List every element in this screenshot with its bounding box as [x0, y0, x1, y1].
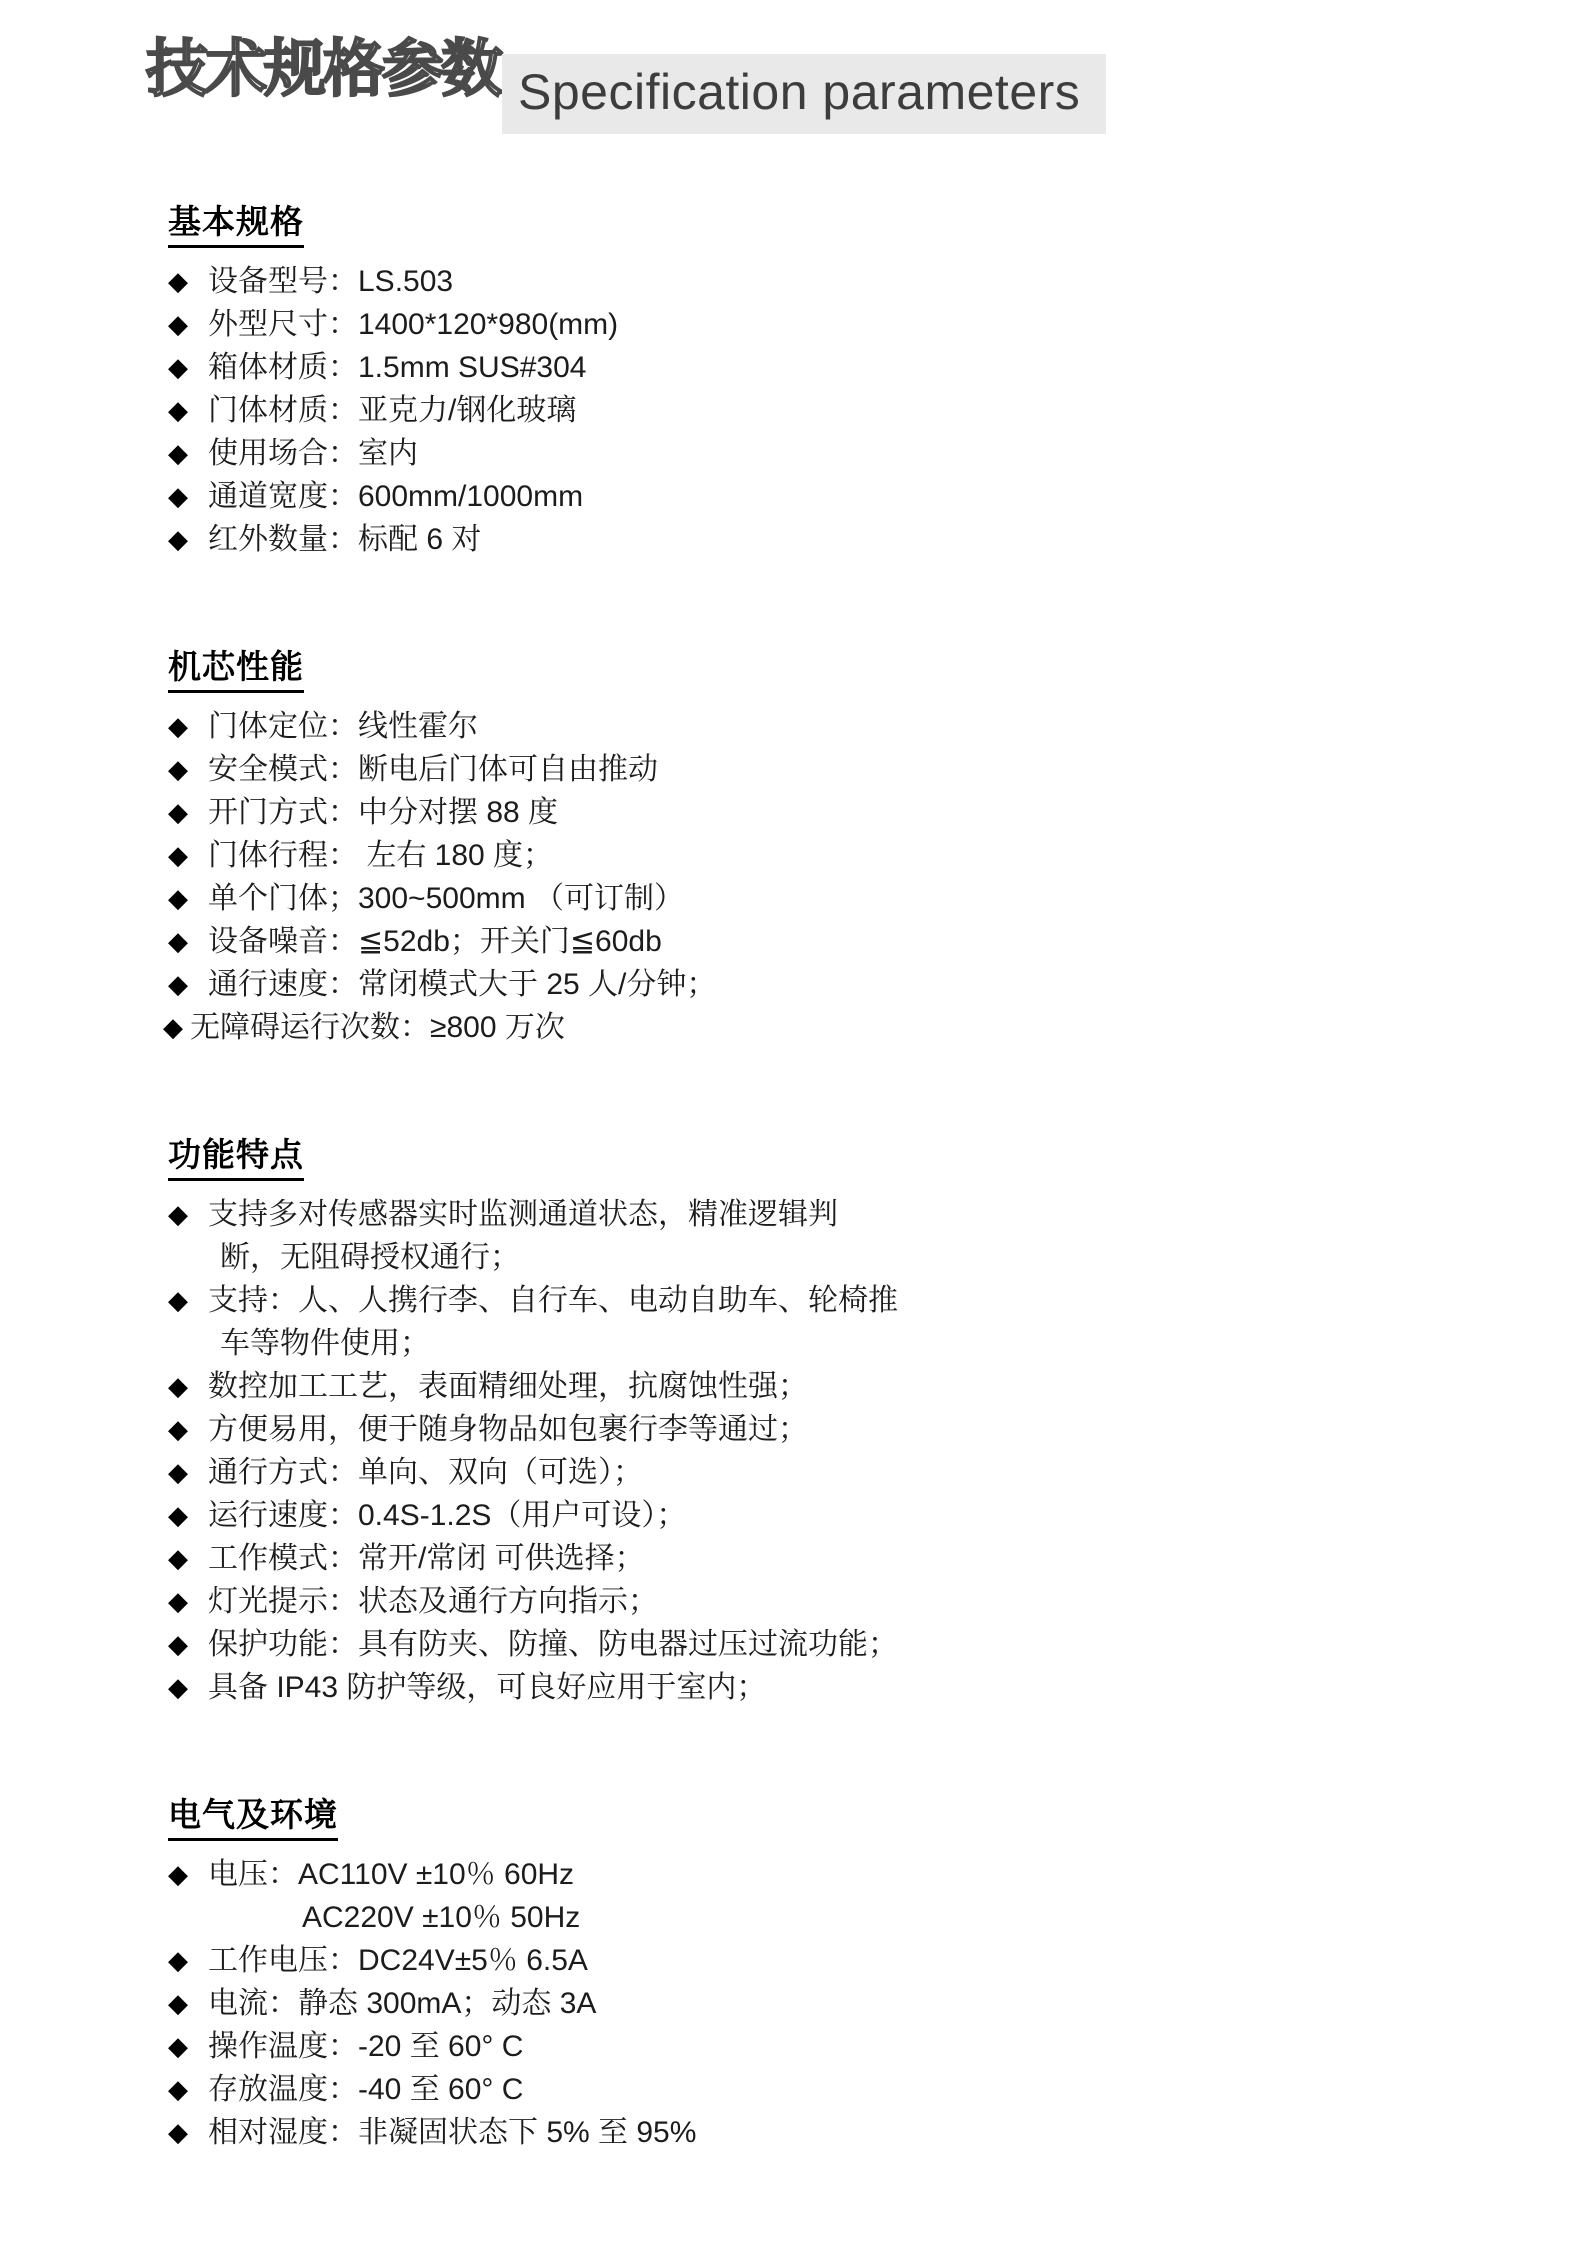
section: 功能特点 ◆ 支持多对传感器实时监测通道状态，精准逻辑判断，无阻碍授权通行； ◆…: [168, 1129, 1168, 1709]
spec-item-lines: 工作模式：常开/常闭 可供选择；: [208, 1537, 1168, 1580]
spec-item-line: 数控加工工艺，表面精细处理，抗腐蚀性强；: [208, 1365, 1168, 1408]
spec-item: ◆ 外型尺寸：1400*120*980(mm): [168, 303, 1168, 346]
spec-item: ◆ 支持：人、人携行李、自行车、电动自助车、轮椅推车等物件使用；: [168, 1279, 1168, 1365]
diamond-bullet-icon: ◆: [168, 389, 196, 432]
spec-item-line: 存放温度：-40 至 60° C: [208, 2068, 1168, 2111]
spec-item-line: 红外数量：标配 6 对: [208, 518, 1168, 561]
spec-item-lines: 设备型号：LS.503: [208, 260, 1168, 303]
diamond-bullet-icon: ◆: [168, 1537, 196, 1580]
spec-item-line: 支持：人、人携行李、自行车、电动自助车、轮椅推: [208, 1279, 1168, 1322]
spec-item-lines: 数控加工工艺，表面精细处理，抗腐蚀性强；: [208, 1365, 1168, 1408]
diamond-bullet-icon: ◆: [168, 2111, 196, 2154]
spec-item: ◆ 保护功能：具有防夹、防撞、防电器过压过流功能；: [168, 1623, 1168, 1666]
diamond-bullet-icon: ◆: [168, 791, 196, 834]
spec-item: ◆ 电压：AC110V ±10％ 60HzAC220V ±10％ 50Hz: [168, 1853, 1168, 1939]
spec-item-line: 支持多对传感器实时监测通道状态，精准逻辑判: [208, 1193, 1168, 1236]
spec-item-lines: 通行速度：常闭模式大于 25 人/分钟；: [208, 963, 1168, 1006]
diamond-bullet-icon: ◆: [168, 920, 196, 963]
spec-item: ◆ 具备 IP43 防护等级，可良好应用于室内；: [168, 1666, 1168, 1709]
diamond-bullet-icon: ◆: [168, 260, 196, 303]
spec-item-line: 门体定位：线性霍尔: [208, 705, 1168, 748]
spec-item: ◆ 开门方式：中分对摆 88 度: [168, 791, 1168, 834]
spec-item: ◆ 工作模式：常开/常闭 可供选择；: [168, 1537, 1168, 1580]
spec-item-line: 外型尺寸：1400*120*980(mm): [208, 303, 1168, 346]
diamond-bullet-icon: ◆: [168, 1279, 196, 1322]
spec-item-lines: 电流：静态 300mA；动态 3A: [208, 1982, 1168, 2025]
spec-item: ◆ 相对湿度：非凝固状态下 5% 至 95%: [168, 2111, 1168, 2154]
diamond-bullet-icon: ◆: [168, 1193, 196, 1236]
spec-item-line: 工作电压：DC24V±5％ 6.5A: [208, 1939, 1168, 1982]
spec-item-lines: 灯光提示：状态及通行方向指示；: [208, 1580, 1168, 1623]
diamond-bullet-icon: ◆: [168, 1365, 196, 1408]
diamond-bullet-icon: ◆: [168, 1666, 196, 1709]
page: 技术规格参数 Specification parameters 基本规格 ◆ 设…: [0, 0, 1587, 2245]
diamond-bullet-icon: ◆: [168, 346, 196, 389]
spec-item: ◆ 通道宽度：600mm/1000mm: [168, 475, 1168, 518]
spec-item: ◆ 门体行程： 左右 180 度；: [168, 834, 1168, 877]
spec-item-lines: 红外数量：标配 6 对: [208, 518, 1168, 561]
spec-item-line: 灯光提示：状态及通行方向指示；: [208, 1580, 1168, 1623]
spec-item-line: 门体行程： 左右 180 度；: [208, 834, 1168, 877]
spec-item: ◆ 设备型号：LS.503: [168, 260, 1168, 303]
spec-item-lines: 箱体材质：1.5mm SUS#304: [208, 346, 1168, 389]
section-items: ◆ 支持多对传感器实时监测通道状态，精准逻辑判断，无阻碍授权通行； ◆ 支持：人…: [168, 1193, 1168, 1709]
spec-item-lines: 通行方式：单向、双向（可选）；: [208, 1451, 1168, 1494]
spec-item-line: 断，无阻碍授权通行；: [208, 1236, 1168, 1279]
spec-item-line: 无障碍运行次数：≥800 万次: [190, 1006, 1168, 1049]
spec-item: ◆ 运行速度：0.4S-1.2S（用户可设）；: [168, 1494, 1168, 1537]
spec-item-lines: 具备 IP43 防护等级，可良好应用于室内；: [208, 1666, 1168, 1709]
diamond-bullet-icon: ◆: [168, 1580, 196, 1623]
diamond-bullet-icon: ◆: [168, 2025, 196, 2068]
diamond-bullet-icon: ◆: [168, 705, 196, 748]
spec-item-line: 使用场合：室内: [208, 432, 1168, 475]
spec-item-line: 通行速度：常闭模式大于 25 人/分钟；: [208, 963, 1168, 1006]
diamond-bullet-icon: ◆: [168, 1982, 196, 2025]
spec-item-line: 相对湿度：非凝固状态下 5% 至 95%: [208, 2111, 1168, 2154]
diamond-bullet-icon: ◆: [168, 1408, 196, 1451]
spec-item-line: 设备噪音：≦52db；开关门≦60db: [208, 920, 1168, 963]
spec-item-line: 操作温度：-20 至 60° C: [208, 2025, 1168, 2068]
spec-item-line: 门体材质：亚克力/钢化玻璃: [208, 389, 1168, 432]
diamond-bullet-icon: ◆: [168, 475, 196, 518]
diamond-bullet-icon: ◆: [168, 963, 196, 1006]
spec-item-lines: 支持：人、人携行李、自行车、电动自助车、轮椅推车等物件使用；: [208, 1279, 1168, 1365]
page-title-english-box: Specification parameters: [502, 54, 1106, 134]
section-heading: 机芯性能: [168, 641, 304, 693]
section-items: ◆ 门体定位：线性霍尔 ◆ 安全模式：断电后门体可自由推动 ◆ 开门方式：中分对…: [168, 705, 1168, 1049]
spec-item-line: 运行速度：0.4S-1.2S（用户可设）；: [208, 1494, 1168, 1537]
section: 电气及环境 ◆ 电压：AC110V ±10％ 60HzAC220V ±10％ 5…: [168, 1789, 1168, 2154]
section-heading: 功能特点: [168, 1129, 304, 1181]
spec-item-line: 保护功能：具有防夹、防撞、防电器过压过流功能；: [208, 1623, 1168, 1666]
spec-item-lines: 电压：AC110V ±10％ 60HzAC220V ±10％ 50Hz: [208, 1853, 1168, 1939]
spec-item: ◆ 红外数量：标配 6 对: [168, 518, 1168, 561]
spec-item-line: 箱体材质：1.5mm SUS#304: [208, 346, 1168, 389]
spec-item: ◆ 操作温度：-20 至 60° C: [168, 2025, 1168, 2068]
diamond-bullet-icon: ◆: [168, 432, 196, 475]
spec-item: ◆ 数控加工工艺，表面精细处理，抗腐蚀性强；: [168, 1365, 1168, 1408]
page-title: 技术规格参数 Specification parameters: [146, 28, 1587, 134]
section-items: ◆ 电压：AC110V ±10％ 60HzAC220V ±10％ 50Hz ◆ …: [168, 1853, 1168, 2154]
spec-item-lines: 无障碍运行次数：≥800 万次: [190, 1006, 1168, 1049]
diamond-bullet-icon: ◆: [168, 1853, 196, 1896]
spec-item-line: 安全模式：断电后门体可自由推动: [208, 748, 1168, 791]
spec-item: ◆ 箱体材质：1.5mm SUS#304: [168, 346, 1168, 389]
spec-item-line: 设备型号：LS.503: [208, 260, 1168, 303]
spec-item-lines: 相对湿度：非凝固状态下 5% 至 95%: [208, 2111, 1168, 2154]
spec-item: ◆ 门体材质：亚克力/钢化玻璃: [168, 389, 1168, 432]
spec-item-line: 具备 IP43 防护等级，可良好应用于室内；: [208, 1666, 1168, 1709]
diamond-bullet-icon: ◆: [168, 748, 196, 791]
section-items: ◆ 设备型号：LS.503 ◆ 外型尺寸：1400*120*980(mm) ◆ …: [168, 260, 1168, 561]
spec-item: ◆ 方便易用，便于随身物品如包裹行李等通过；: [168, 1408, 1168, 1451]
spec-item-line: 电流：静态 300mA；动态 3A: [208, 1982, 1168, 2025]
spec-item-line: 工作模式：常开/常闭 可供选择；: [208, 1537, 1168, 1580]
spec-item: ◆ 使用场合：室内: [168, 432, 1168, 475]
spec-item-line: 车等物件使用；: [208, 1322, 1168, 1365]
spec-item-lines: 开门方式：中分对摆 88 度: [208, 791, 1168, 834]
spec-item: ◆ 通行方式：单向、双向（可选）；: [168, 1451, 1168, 1494]
diamond-bullet-icon: ◆: [168, 1451, 196, 1494]
spec-item-line: 通道宽度：600mm/1000mm: [208, 475, 1168, 518]
spec-item-lines: 安全模式：断电后门体可自由推动: [208, 748, 1168, 791]
spec-item: ◆ 支持多对传感器实时监测通道状态，精准逻辑判断，无阻碍授权通行；: [168, 1193, 1168, 1279]
section-heading: 基本规格: [168, 196, 304, 248]
spec-item-lines: 门体行程： 左右 180 度；: [208, 834, 1168, 877]
page-title-chinese: 技术规格参数: [146, 28, 500, 112]
spec-item-lines: 外型尺寸：1400*120*980(mm): [208, 303, 1168, 346]
spec-item: ◆ 安全模式：断电后门体可自由推动: [168, 748, 1168, 791]
spec-sections: 基本规格 ◆ 设备型号：LS.503 ◆ 外型尺寸：1400*120*980(m…: [168, 196, 1168, 2154]
spec-item: ◆ 通行速度：常闭模式大于 25 人/分钟；: [168, 963, 1168, 1006]
diamond-bullet-icon: ◆: [168, 834, 196, 877]
section: 基本规格 ◆ 设备型号：LS.503 ◆ 外型尺寸：1400*120*980(m…: [168, 196, 1168, 561]
diamond-bullet-icon: ◆: [168, 1494, 196, 1537]
spec-item-line: 开门方式：中分对摆 88 度: [208, 791, 1168, 834]
spec-item-line: 电压：AC110V ±10％ 60Hz: [208, 1853, 1168, 1896]
section: 机芯性能 ◆ 门体定位：线性霍尔 ◆ 安全模式：断电后门体可自由推动 ◆ 开门方…: [168, 641, 1168, 1049]
spec-item-lines: 方便易用，便于随身物品如包裹行李等通过；: [208, 1408, 1168, 1451]
spec-item: ◆ 门体定位：线性霍尔: [168, 705, 1168, 748]
diamond-bullet-icon: ◆: [168, 877, 196, 920]
spec-item-lines: 门体材质：亚克力/钢化玻璃: [208, 389, 1168, 432]
diamond-bullet-icon: ◆: [168, 2068, 196, 2111]
spec-item-lines: 设备噪音：≦52db；开关门≦60db: [208, 920, 1168, 963]
page-title-english: Specification parameters: [518, 64, 1080, 120]
spec-item: ◆ 无障碍运行次数：≥800 万次: [168, 1006, 1168, 1049]
spec-item: ◆ 存放温度：-40 至 60° C: [168, 2068, 1168, 2111]
diamond-bullet-icon: ◆: [168, 1623, 196, 1666]
spec-item: ◆ 设备噪音：≦52db；开关门≦60db: [168, 920, 1168, 963]
spec-item-line: 方便易用，便于随身物品如包裹行李等通过；: [208, 1408, 1168, 1451]
spec-item-lines: 支持多对传感器实时监测通道状态，精准逻辑判断，无阻碍授权通行；: [208, 1193, 1168, 1279]
spec-item-lines: 门体定位：线性霍尔: [208, 705, 1168, 748]
spec-item: ◆ 电流：静态 300mA；动态 3A: [168, 1982, 1168, 2025]
spec-item-line: 通行方式：单向、双向（可选）；: [208, 1451, 1168, 1494]
diamond-bullet-icon: ◆: [163, 1006, 190, 1049]
diamond-bullet-icon: ◆: [168, 1939, 196, 1982]
spec-item-lines: 存放温度：-40 至 60° C: [208, 2068, 1168, 2111]
spec-item: ◆ 灯光提示：状态及通行方向指示；: [168, 1580, 1168, 1623]
spec-item: ◆ 单个门体；300~500mm （可订制）: [168, 877, 1168, 920]
spec-item-lines: 使用场合：室内: [208, 432, 1168, 475]
spec-item-lines: 工作电压：DC24V±5％ 6.5A: [208, 1939, 1168, 1982]
diamond-bullet-icon: ◆: [168, 303, 196, 346]
spec-item-lines: 单个门体；300~500mm （可订制）: [208, 877, 1168, 920]
spec-item-lines: 操作温度：-20 至 60° C: [208, 2025, 1168, 2068]
section-heading: 电气及环境: [168, 1789, 338, 1841]
spec-item-line: 单个门体；300~500mm （可订制）: [208, 877, 1168, 920]
spec-item-line: AC220V ±10％ 50Hz: [208, 1896, 1168, 1939]
spec-item: ◆ 工作电压：DC24V±5％ 6.5A: [168, 1939, 1168, 1982]
spec-item-lines: 通道宽度：600mm/1000mm: [208, 475, 1168, 518]
spec-item-lines: 运行速度：0.4S-1.2S（用户可设）；: [208, 1494, 1168, 1537]
spec-item-lines: 保护功能：具有防夹、防撞、防电器过压过流功能；: [208, 1623, 1168, 1666]
diamond-bullet-icon: ◆: [168, 518, 196, 561]
